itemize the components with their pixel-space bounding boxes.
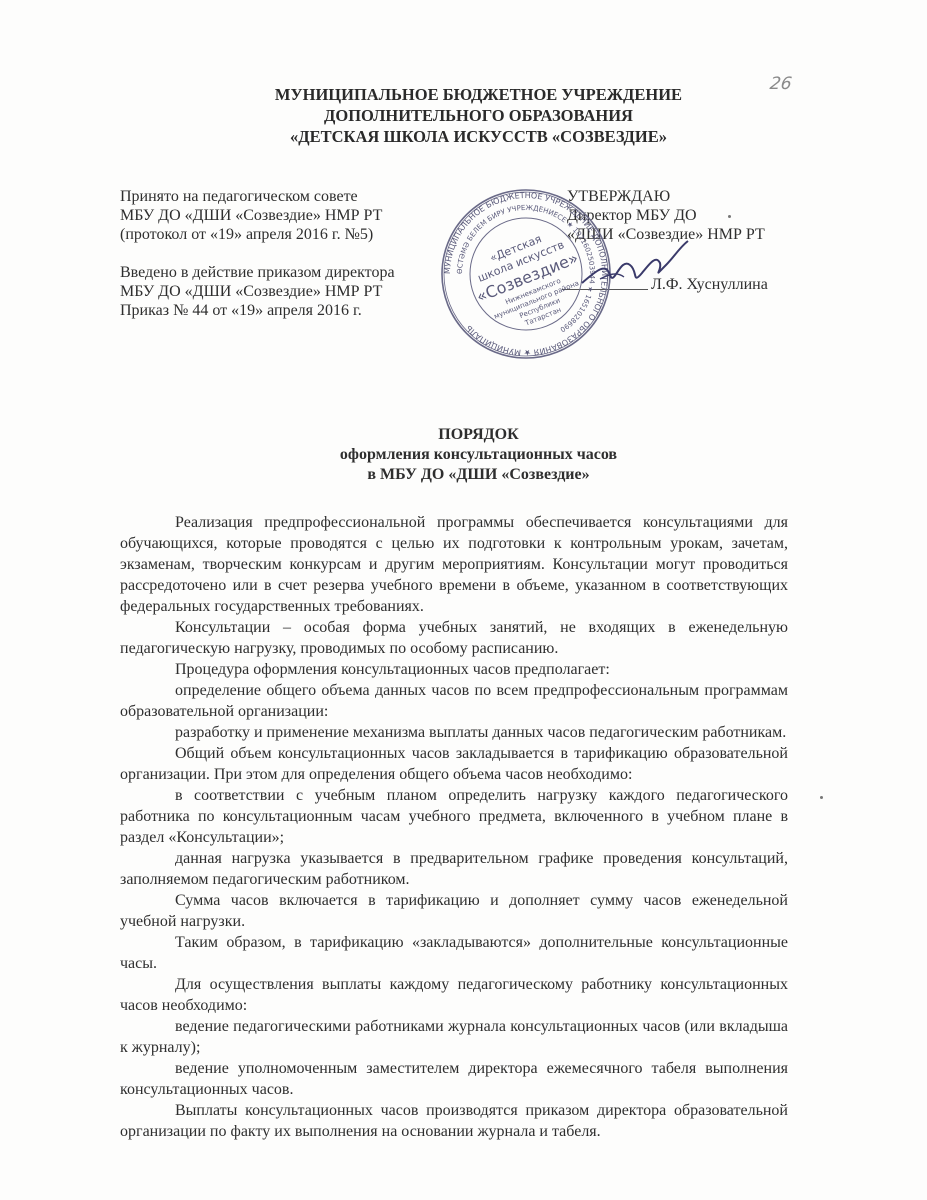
paragraph: ведение педагогическими работниками журн… <box>120 1016 788 1058</box>
paragraph: Консультации – особая форма учебных заня… <box>120 617 788 659</box>
paragraph: определение общего объема данных часов п… <box>120 680 788 722</box>
title-line-2: оформления консультационных часов <box>30 445 927 465</box>
paragraph: Для осуществления выплаты каждому педаго… <box>120 974 788 1016</box>
paragraph: Процедура оформления консультационных ча… <box>120 659 788 680</box>
adopted-line-3: (протокол от «19» апреля 2016 г. №5) <box>120 225 395 244</box>
paragraph: Сумма часов включается в тарификацию и д… <box>120 890 788 932</box>
title-line-3: в МБУ ДО «ДШИ «Созвездие» <box>30 465 927 485</box>
paragraph: Общий объем консультационных часов закла… <box>120 743 788 785</box>
paragraph: Выплаты консультационных часов производя… <box>120 1100 788 1142</box>
document-body: Реализация предпрофессиональной программ… <box>120 512 788 1142</box>
scan-speck <box>820 796 823 799</box>
enacted-line-1: Введено в действие приказом директора <box>120 263 395 282</box>
title-line-1: ПОРЯДОК <box>30 425 927 445</box>
director-signature-icon <box>580 235 690 295</box>
paragraph: в соответствии с учебным планом определи… <box>120 785 788 848</box>
enacted-line-3: Приказ № 44 от «19» апреля 2016 г. <box>120 301 395 320</box>
header-line-1: МУНИЦИПАЛЬНОЕ БЮДЖЕТНОЕ УЧРЕЖДЕНИЕ <box>30 84 927 105</box>
paragraph: Реализация предпрофессиональной программ… <box>120 512 788 617</box>
adopted-line-2: МБУ ДО «ДШИ «Созвездие» НМР РТ <box>120 206 395 225</box>
adopted-line-1: Принято на педагогическом совете <box>120 187 395 206</box>
enacted-line-2: МБУ ДО «ДШИ «Созвездие» НМР РТ <box>120 282 395 301</box>
paragraph: Таким образом, в тарификацию «закладываю… <box>120 932 788 974</box>
document-title: ПОРЯДОК оформления консультационных часо… <box>0 425 927 485</box>
header-line-3: «ДЕТСКАЯ ШКОЛА ИСКУССТВ «СОЗВЕЗДИЕ» <box>30 126 927 147</box>
paragraph: разработку и применение механизма выплат… <box>120 722 788 743</box>
scan-speck <box>728 215 731 218</box>
organization-header: МУНИЦИПАЛЬНОЕ БЮДЖЕТНОЕ УЧРЕЖДЕНИЕ ДОПОЛ… <box>0 84 927 147</box>
paragraph: данная нагрузка указывается в предварите… <box>120 848 788 890</box>
adoption-block: Принято на педагогическом совете МБУ ДО … <box>120 187 395 320</box>
header-line-2: ДОПОЛНИТЕЛЬНОГО ОБРАЗОВАНИЯ <box>30 105 927 126</box>
paragraph: ведение уполномоченным заместителем дире… <box>120 1058 788 1100</box>
